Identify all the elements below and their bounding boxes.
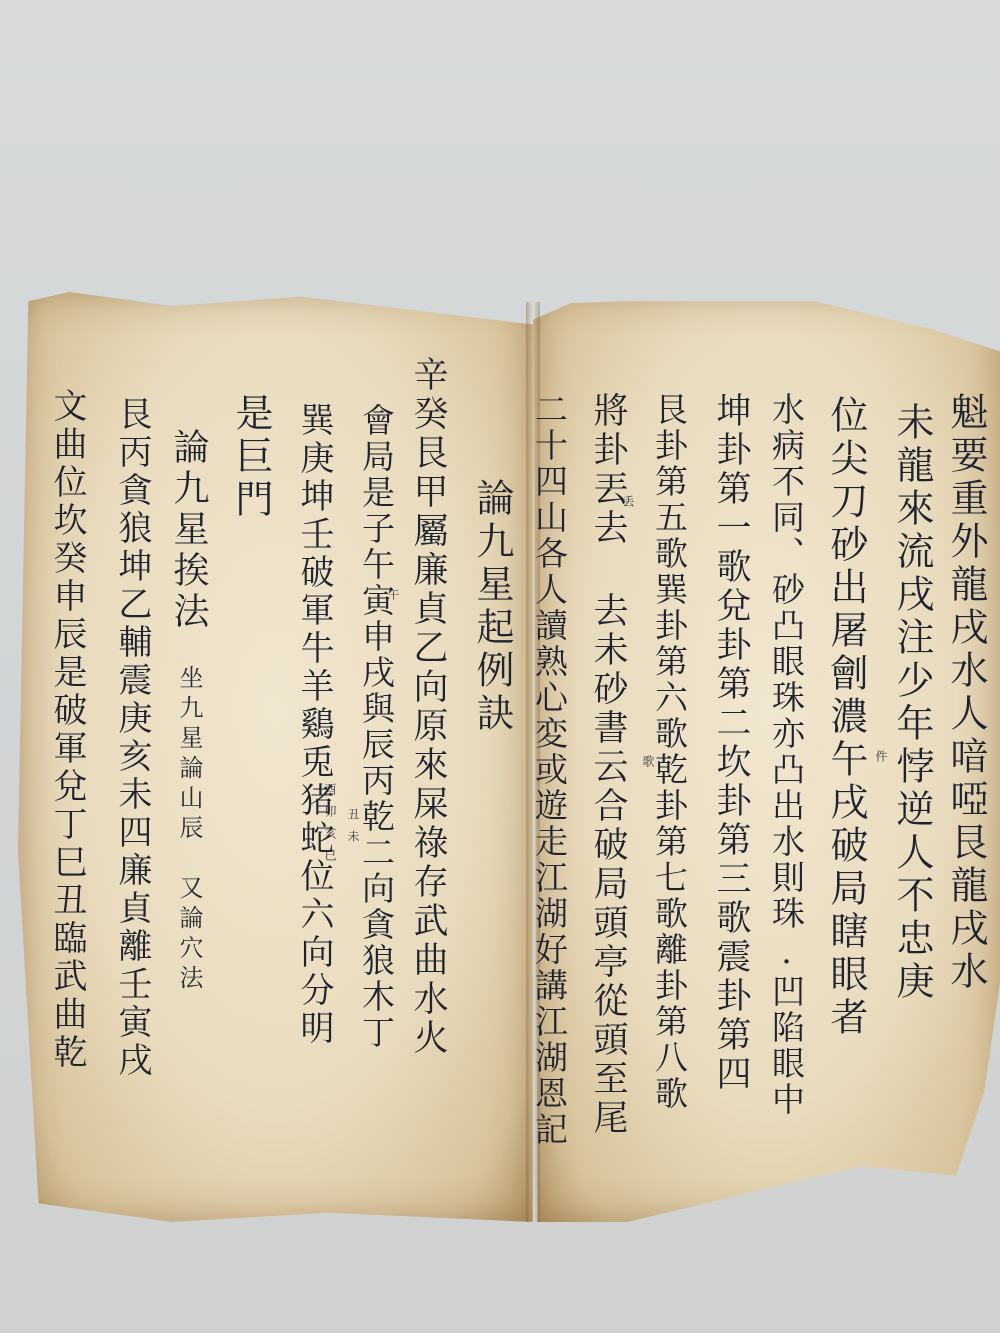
text-column: 辛癸艮甲屬廉貞乙向原來屎祿存武曲水火 [410, 356, 445, 1058]
text-column: 二十四山各人讀熟心変或遊走江湖好講江湖恩記 [533, 392, 566, 1148]
text-column: 會局是子午寅申戌與辰丙乾二向貪狼木丁 [360, 403, 393, 1051]
text-column: 艮卦第五歌巽卦第六歌乾卦第七歌離卦第八歌 [653, 392, 686, 1112]
margin-note: 歌 [640, 755, 657, 777]
margin-note: 午 [385, 588, 402, 610]
left-page [18, 292, 533, 1222]
margin-note: 件 [873, 750, 890, 772]
text-column: 未龍來流戌注少年悖逆人不忠庚 [893, 402, 931, 1004]
margin-note: 酉卯亥巳 [322, 783, 339, 871]
text-column: 文曲位坎癸申辰是破軍兌丁巳丑臨武曲乾 [50, 388, 84, 1072]
text-column: 論九星挨法 [170, 428, 206, 633]
section-title: 論九星起例訣 [473, 478, 511, 736]
text-column: 魁要重外龍戌水人喑啞艮龍戌水 [947, 392, 985, 994]
text-column: 艮丙貪狼坤乙輔震庚亥未四廉貞離壬寅戌 [115, 396, 149, 1080]
text-column: 是巨門 [232, 393, 270, 522]
margin-note: 丑未 [345, 808, 362, 852]
text-column: 坐九星論山辰 又論穴法 [177, 665, 201, 995]
text-column: 巽庚坤壬破軍牛羊鷄兎猪蛇位六向分明 [297, 402, 331, 1048]
text-column: 坤卦第一歌兌卦第二坎卦第三歌震卦第四 [713, 392, 748, 1094]
text-column: 位尖刀砂出屠劊濃午戌破局瞎眼者 [827, 395, 865, 1040]
margin-note: 丢 [620, 495, 637, 517]
text-column: 水病不同、砂凸眼珠亦凸出水則珠.凹陷眼中 [770, 392, 803, 1118]
